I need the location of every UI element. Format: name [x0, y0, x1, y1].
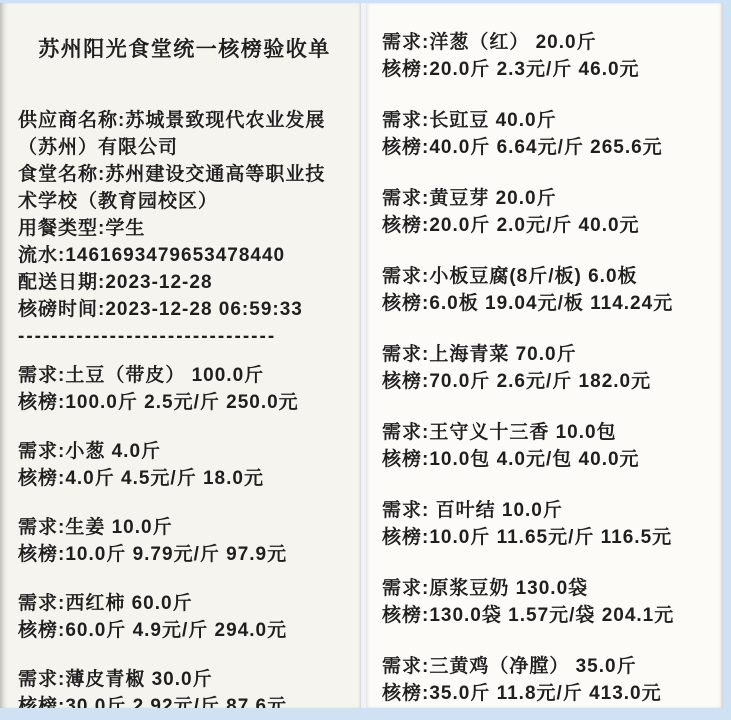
- receipt-header-line: 术学校（教育园校区）: [18, 188, 351, 215]
- receipt-item: 需求:上海青菜 70.0斤 核榜:70.0斤 2.6元/斤 182.0元: [382, 341, 715, 395]
- item-check-line: 核榜:10.0包 4.0元/包 40.0元: [382, 446, 715, 473]
- item-demand-line: 需求:原浆豆奶 130.0袋: [382, 575, 715, 602]
- item-demand-line: 需求:生姜 10.0斤: [18, 514, 351, 541]
- item-check-line: 核榜:10.0斤 11.65元/斤 116.5元: [382, 524, 715, 551]
- item-check-line: 核榜:30.0斤 2.92元/斤 87.6元: [18, 693, 351, 708]
- receipt-page-2: 需求:洋葱（红） 20.0斤 核榜:20.0斤 2.3元/斤 46.0元 需求:…: [366, 3, 723, 708]
- item-demand-line: 需求:西红柿 60.0斤: [18, 590, 351, 617]
- receipt-item: 需求:洋葱（红） 20.0斤 核榜:20.0斤 2.3元/斤 46.0元: [382, 29, 715, 83]
- receipt-item: 需求:三黄鸡（净膛） 35.0斤 核榜:35.0斤 11.8元/斤 413.0元: [382, 653, 715, 707]
- receipt-header-line: 用餐类型:学生: [18, 215, 351, 242]
- receipt-item: 需求:小葱 4.0斤 核榜:4.0斤 4.5元/斤 18.0元: [18, 438, 351, 492]
- item-check-line: 核榜:20.0斤 2.3元/斤 46.0元: [382, 56, 715, 83]
- scanned-receipt-frame: 苏州阳光食堂统一核榜验收单 供应商名称:苏城景致现代农业发展 （苏州）有限公司 …: [0, 0, 731, 720]
- receipt-header-line: 配送日期:2023-12-28: [18, 269, 351, 296]
- item-check-line: 核榜:100.0斤 2.5元/斤 250.0元: [18, 389, 351, 416]
- receipt-header-line: 流水:1461693479653478440: [18, 242, 351, 269]
- scan-area: 苏州阳光食堂统一核榜验收单 供应商名称:苏城景致现代农业发展 （苏州）有限公司 …: [0, 3, 723, 708]
- receipt-page-1: 苏州阳光食堂统一核榜验收单 供应商名称:苏城景致现代农业发展 （苏州）有限公司 …: [0, 3, 361, 708]
- item-demand-line: 需求:黄豆芽 20.0斤: [382, 185, 715, 212]
- item-check-line: 核榜:4.0斤 4.5元/斤 18.0元: [18, 465, 351, 492]
- receipt-header-line: 食堂名称:苏州建设交通高等职业技: [18, 161, 351, 188]
- item-check-line: 核榜:130.0袋 1.57元/袋 204.1元: [382, 602, 715, 629]
- item-demand-line: 需求:洋葱（红） 20.0斤: [382, 29, 715, 56]
- item-demand-line: 需求:土豆（带皮） 100.0斤: [18, 362, 351, 389]
- receipt-header: 供应商名称:苏城景致现代农业发展 （苏州）有限公司 食堂名称:苏州建设交通高等职…: [18, 107, 351, 323]
- item-check-line: 核榜:6.0板 19.04元/板 114.24元: [382, 290, 715, 317]
- receipt-header-line: 核磅时间:2023-12-28 06:59:33: [18, 296, 351, 323]
- item-demand-line: 需求:小葱 4.0斤: [18, 438, 351, 465]
- receipt-item: 需求:黄豆芽 20.0斤 核榜:20.0斤 2.0元/斤 40.0元: [382, 185, 715, 239]
- receipt-title: 苏州阳光食堂统一核榜验收单: [18, 33, 351, 67]
- item-demand-line: 需求:王守义十三香 10.0包: [382, 419, 715, 446]
- item-demand-line: 需求: 百叶结 10.0斤: [382, 497, 715, 524]
- item-demand-line: 需求:三黄鸡（净膛） 35.0斤: [382, 653, 715, 680]
- item-demand-line: 需求:长豇豆 40.0斤: [382, 107, 715, 134]
- receipt-item: 需求:薄皮青椒 30.0斤 核榜:30.0斤 2.92元/斤 87.6元: [18, 666, 351, 708]
- receipt-item: 需求:土豆（带皮） 100.0斤 核榜:100.0斤 2.5元/斤 250.0元: [18, 362, 351, 416]
- receipt-item: 需求:长豇豆 40.0斤 核榜:40.0斤 6.64元/斤 265.6元: [382, 107, 715, 161]
- item-check-line: 核榜:20.0斤 2.0元/斤 40.0元: [382, 212, 715, 239]
- item-demand-line: 需求:薄皮青椒 30.0斤: [18, 666, 351, 693]
- receipt-header-line: 供应商名称:苏城景致现代农业发展: [18, 107, 351, 134]
- receipt-item: 需求:西红柿 60.0斤 核榜:60.0斤 4.9元/斤 294.0元: [18, 590, 351, 644]
- receipt-item: 需求:原浆豆奶 130.0袋 核榜:130.0袋 1.57元/袋 204.1元: [382, 575, 715, 629]
- item-check-line: 核榜:60.0斤 4.9元/斤 294.0元: [18, 617, 351, 644]
- item-list-page-2: 需求:洋葱（红） 20.0斤 核榜:20.0斤 2.3元/斤 46.0元 需求:…: [382, 29, 715, 707]
- item-demand-line: 需求:上海青菜 70.0斤: [382, 341, 715, 368]
- item-check-line: 核榜:70.0斤 2.6元/斤 182.0元: [382, 368, 715, 395]
- receipt-item: 需求:王守义十三香 10.0包 核榜:10.0包 4.0元/包 40.0元: [382, 419, 715, 473]
- item-check-line: 核榜:35.0斤 11.8元/斤 413.0元: [382, 680, 715, 707]
- receipt-header-line: （苏州）有限公司: [18, 134, 351, 161]
- receipt-item: 需求: 百叶结 10.0斤 核榜:10.0斤 11.65元/斤 116.5元: [382, 497, 715, 551]
- item-list-page-1: 需求:土豆（带皮） 100.0斤 核榜:100.0斤 2.5元/斤 250.0元…: [18, 362, 351, 708]
- item-check-line: 核榜:40.0斤 6.64元/斤 265.6元: [382, 134, 715, 161]
- receipt-item: 需求:小板豆腐(8斤/板) 6.0板 核榜:6.0板 19.04元/板 114.…: [382, 263, 715, 317]
- receipt-item: 需求:生姜 10.0斤 核榜:10.0斤 9.79元/斤 97.9元: [18, 514, 351, 568]
- dashed-separator: -------------------------------: [18, 327, 351, 347]
- item-demand-line: 需求:小板豆腐(8斤/板) 6.0板: [382, 263, 715, 290]
- item-check-line: 核榜:10.0斤 9.79元/斤 97.9元: [18, 541, 351, 568]
